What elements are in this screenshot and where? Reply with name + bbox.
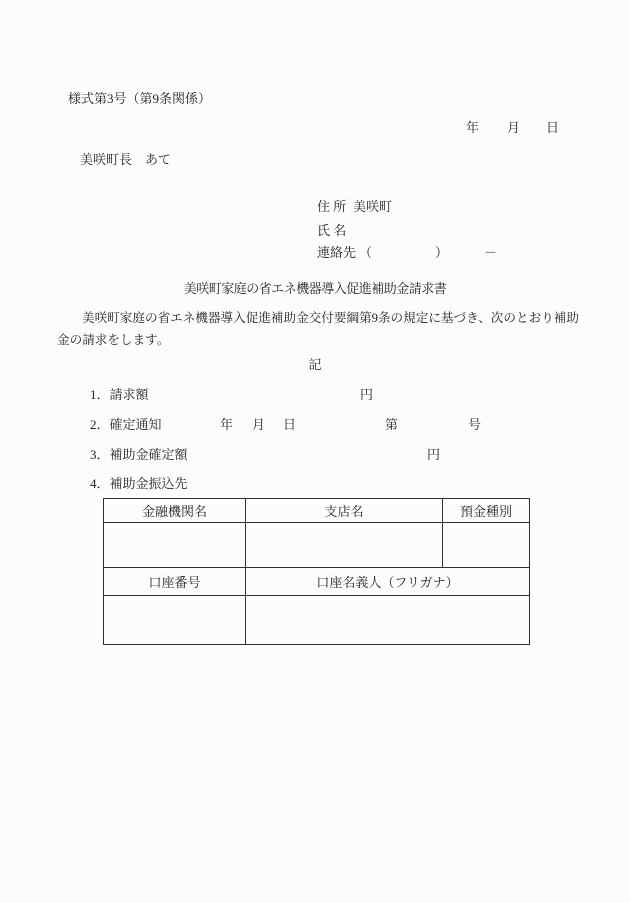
- document-title: 美咲町家庭の省エネ機器導入促進補助金請求書: [0, 282, 630, 297]
- header-deposit-type: 預金種別: [443, 499, 530, 523]
- document-page: 様式第3号（第9条関係） 年 月 日 美咲町長 あて 住 所 美咲町 氏 名 連…: [0, 0, 630, 903]
- item-claim-amount-unit: 円: [360, 388, 373, 403]
- header-branch: 支店名: [246, 499, 443, 523]
- date-day-label: 日: [546, 121, 559, 136]
- body-paragraph-line-2: 金の請求をします。: [57, 333, 169, 347]
- item-transfer-account-label: 4．補助金振込先: [90, 477, 188, 492]
- item-decision-notice-label: 2．確定通知: [90, 418, 162, 433]
- item-decision-notice-day: 日: [283, 418, 296, 433]
- bank-transfer-table: 金融機関名 支店名 預金種別 口座番号 口座名義人（フリガナ）: [103, 498, 530, 645]
- item-claim-amount-label: 1．請求額: [90, 388, 149, 403]
- item-decision-notice-number-prefix: 第: [385, 418, 398, 433]
- header-account-number: 口座番号: [104, 568, 246, 596]
- item-decision-notice-year: 年: [220, 418, 233, 433]
- cell-account-holder-blank: [246, 596, 530, 645]
- item-confirmed-amount-label: 3．補助金確定額: [90, 448, 188, 463]
- address-label: 住 所: [317, 200, 346, 215]
- date-month-label: 月: [507, 121, 520, 136]
- item-decision-notice-number-suffix: 号: [468, 418, 481, 433]
- address-value: 美咲町: [353, 200, 392, 215]
- header-account-holder: 口座名義人（フリガナ）: [246, 568, 530, 596]
- name-label: 氏 名: [317, 224, 346, 239]
- form-number: 様式第3号（第9条関係）: [68, 92, 211, 107]
- cell-account-number-blank: [104, 596, 246, 645]
- date-year-label: 年: [466, 121, 479, 136]
- contact-paren-close: ）: [435, 246, 448, 261]
- addressee: 美咲町長 あて: [80, 153, 171, 168]
- item-decision-notice-month: 月: [252, 418, 265, 433]
- contact-paren-open: （: [359, 246, 372, 261]
- body-paragraph-line-1: 美咲町家庭の省エネ機器導入促進補助金交付要綱第9条の規定に基づき、次のとおり補助: [82, 311, 579, 325]
- record-marker: 記: [0, 358, 630, 373]
- contact-label: 連絡先: [317, 246, 356, 261]
- contact-dash: －: [484, 246, 497, 261]
- cell-branch-blank: [246, 523, 443, 568]
- header-financial-institution: 金融機関名: [104, 499, 246, 523]
- cell-financial-institution-blank: [104, 523, 246, 568]
- cell-deposit-type-blank: [443, 523, 530, 568]
- item-confirmed-amount-unit: 円: [427, 448, 440, 463]
